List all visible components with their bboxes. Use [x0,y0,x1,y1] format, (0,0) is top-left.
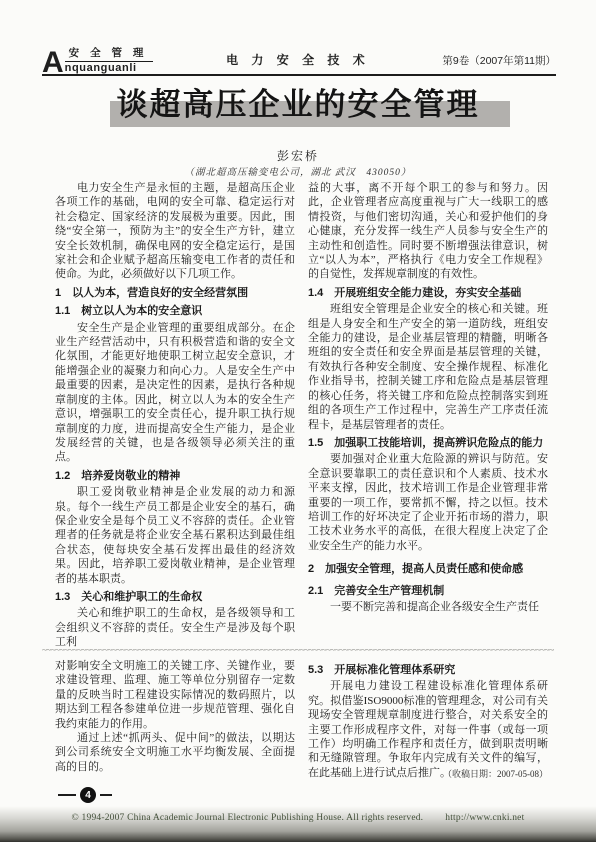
journal-title: 电 力 安 全 技 术 [226,51,370,74]
logo-section-chinese: 安 全 管 理 [65,45,154,62]
heading-section-2: 2 加强安全管理，提高人员责任感和使命感 [308,562,548,576]
logo-letter: A [42,51,64,74]
page-number-dash-right [100,794,112,796]
footnote-right-column: 5.3 开展标准化管理体系研究 开展电力建设工程建设标准化管理体系研究。拟借鉴I… [308,659,548,780]
paragraph-1-5: 要加强对企业重大危险源的辨识与防范。安全意识要靠职工的责任意识和个人素质、技术水… [308,452,548,553]
footer-url: http://www.cnki.net [445,813,524,823]
heading-2-1: 2.1 完善安全生产管理机制 [308,584,548,598]
footnote-body: 对影响安全文明施工的关键工序、关键作业，要求建设管理、监理、施工等单位分别留存一… [55,659,548,780]
heading-1-2: 1.2 培养爱岗敬业的精神 [55,469,295,483]
scan-footer: © 1994-2007 China Academic Journal Elect… [0,806,596,842]
footer-text: © 1994-2007 China Academic Journal Elect… [0,806,596,823]
paragraph-1-4: 班组安全管理是企业安全的核心和关键。班组是人身安全和生产安全的第一道防线，班组安… [308,302,548,432]
main-body: 电力安全生产是永恒的主题，是超高压企业各项工作的基础，电网的安全可靠、稳定运行对… [55,181,548,650]
page-number-block: 4 [58,787,112,803]
paragraph-1-2: 职工爱岗敬业精神是企业发展的动力和源泉。每个一线生产员工都是企业安全的基石，确保… [55,485,295,586]
journal-page: A 安 全 管 理 nquanguanli 电 力 安 全 技 术 第9卷（20… [0,0,596,842]
heading-5-3: 5.3 开展标准化管理体系研究 [308,663,548,677]
page-number-dash-left [58,794,76,796]
issue-info: 第9卷（2007年第11期） [442,53,556,74]
footnote-paragraph-5-3: 开展电力建设工程建设标准化管理体系研究。拟借鉴ISO9000标准的管理理念，对公… [308,679,548,780]
paragraph-2-1: 一要不断完善和提高企业各级安全生产责任 [308,600,548,614]
footnote-left-column: 对影响安全文明施工的关键工序、关键作业，要求建设管理、监理、施工等单位分别留存一… [55,659,295,780]
journal-logo: A 安 全 管 理 nquanguanli [42,45,153,74]
left-column: 电力安全生产是永恒的主题，是超高压企业各项工作的基础，电网的安全可靠、稳定运行对… [55,181,295,650]
journal-header: A 安 全 管 理 nquanguanli 电 力 安 全 技 术 第9卷（20… [42,44,556,76]
author-affiliation: （湖北超高压输变电公司，湖北 武汉 430050） [0,164,596,178]
footnote-paragraph: 对影响安全文明施工的关键工序、关键作业，要求建设管理、监理、施工等单位分别留存一… [55,659,295,731]
logo-text-stack: 安 全 管 理 nquanguanli [65,45,154,74]
paragraph-1-1: 安全生产是企业管理的重要组成部分。在企业生产经营活动中，只有积极营造和谐的安全文… [55,321,295,465]
heading-1-1: 1.1 树立以人为本的安全意识 [55,304,295,318]
paragraph-1-3: 关心和维护职工的生命权，是各级领导和工会组织义不容辞的责任。安全生产是涉及每个职… [55,606,295,649]
paragraph-intro: 电力安全生产是永恒的主题，是超高压企业各项工作的基础，电网的安全可靠、稳定运行对… [55,181,295,282]
right-column: 益的大事，离不开每个职工的参与和努力。因此，企业管理者应高度重视与广大一线职工的… [308,181,548,650]
heading-1-3: 1.3 关心和维护职工的生命权 [55,590,295,604]
footnote-paragraph-2: 通过上述“抓两头、促中间”的做法，以期达到公司系统安全文明施工水平均衡发展、全面… [55,731,295,774]
paragraph-1-3-cont: 益的大事，离不开每个职工的参与和努力。因此，企业管理者应高度重视与广大一线职工的… [308,181,548,282]
wavy-separator [42,645,554,656]
copyright-notice: © 1994-2007 China Academic Journal Elect… [72,813,424,823]
heading-section-1: 1 以人为本，营造良好的安全经营氛围 [55,286,295,300]
heading-1-4: 1.4 开展班组安全能力建设，夯实安全基础 [308,286,548,300]
article-title-block: 谈超高压企业的安全管理 [0,86,596,136]
logo-section-pinyin: nquanguanli [65,62,154,74]
page-number: 4 [80,787,96,803]
author-name: 彭宏桥 [0,147,596,164]
article-title: 谈超高压企业的安全管理 [0,86,596,124]
heading-1-5: 1.5 加强职工技能培训，提高辨识危险点的能力 [308,436,548,450]
